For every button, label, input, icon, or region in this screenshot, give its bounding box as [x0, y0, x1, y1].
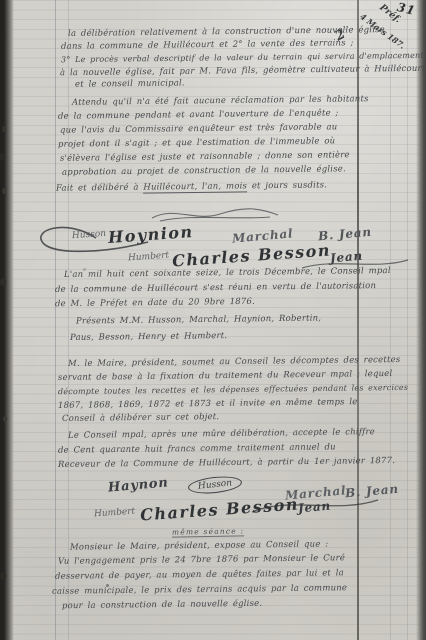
manuscript-line: que l'avis du Commissaire enquêteur est … — [60, 122, 338, 135]
manuscript-line: de la commune de Huillécourt s'est réuni… — [55, 281, 376, 295]
signature: Haynon — [107, 475, 169, 495]
flourish-icon — [150, 206, 280, 224]
manuscript-line: s'élèvera l'église est juste et raisonna… — [60, 150, 350, 164]
manuscript-line: de Cent quarante huit francs comme trait… — [58, 442, 336, 455]
manuscript-closing-line: Fait et délibéré à Huillécourt, l'an, mo… — [56, 180, 327, 193]
margin-line — [407, 0, 408, 640]
manuscript-line: Receveur de la Commune de Huillécourt, à… — [58, 456, 395, 470]
manuscript-line: pour la construction de la nouvelle égli… — [62, 599, 262, 611]
manuscript-line: de M. le Préfet en date du 20 9bre 1876. — [55, 297, 255, 309]
manuscript-line: Attendu qu'il n'a été fait aucune réclam… — [72, 94, 369, 108]
closing-post: et jours susdits. — [247, 180, 327, 191]
manuscript-line: L'an mil huit cent soixante seize, le tr… — [64, 266, 391, 280]
manuscript-line: approbation au projet de construction de… — [62, 164, 346, 177]
manuscript-line: Conseil à délibérer sur cet objet. — [62, 412, 219, 424]
signature: Humbert — [94, 507, 136, 520]
manuscript-line: dans la commune de Huillécourt et 2° la … — [61, 38, 354, 52]
manuscript-line: décompte toutes les recettes et les dépe… — [58, 383, 408, 396]
flourish-icon — [250, 492, 380, 518]
manuscript-line: Paus, Besson, Henry et Humbert. — [70, 331, 227, 343]
manuscript-line: Présents M.M. Husson, Marchal, Haynion, … — [76, 314, 321, 327]
manuscript-line: et le conseil municipal. — [75, 78, 185, 89]
manuscript-line: projet dont il s'agit ; et que l'estimat… — [58, 136, 335, 149]
closing-pre: Fait et délibéré à — [56, 183, 143, 194]
binding-edge — [0, 0, 14, 640]
manuscript-line: à la nouvelle église, fait par M. Fava f… — [60, 64, 425, 78]
margin-line — [55, 0, 56, 640]
manuscript-line: de la commune pendant et avant l'ouvertu… — [58, 108, 339, 121]
manuscript-line: 3° Le procès verbal descriptif de la val… — [61, 51, 424, 64]
session-heading: même séance : — [172, 526, 244, 537]
manuscript-line: desservant de payer, au moyen de quêtes … — [55, 568, 344, 582]
manuscript-line: servant de base à la fixation du traitem… — [58, 369, 393, 383]
manuscript-line: 1867, 1868, 1869, 1872 et 1873 et il inv… — [58, 397, 358, 411]
manuscript-line: Vu l'engagement pris le 24 7bre 1876 par… — [58, 553, 345, 567]
manuscript-line: caisse municipale, le prix des terrains … — [52, 583, 347, 597]
ink-blots — [1, 36, 5, 42]
manuscript-line: Monsieur le Maire, président, expose au … — [70, 539, 328, 552]
signature-circled: Husson — [187, 474, 242, 496]
margin-line — [390, 0, 391, 640]
manuscript-line: M. le Maire, président, soumet au Consei… — [68, 355, 400, 369]
register-page: 31 2 Préf. 4 Mars 187. la délibération r… — [0, 0, 426, 640]
margin-line — [68, 0, 69, 640]
page-edge — [416, 0, 426, 640]
signature: Humbert — [128, 251, 170, 264]
manuscript-line: Le Conseil mpal, après une mûre délibéra… — [68, 427, 375, 441]
closing-underlined: Huillécourt, l'an, mois — [143, 181, 247, 193]
